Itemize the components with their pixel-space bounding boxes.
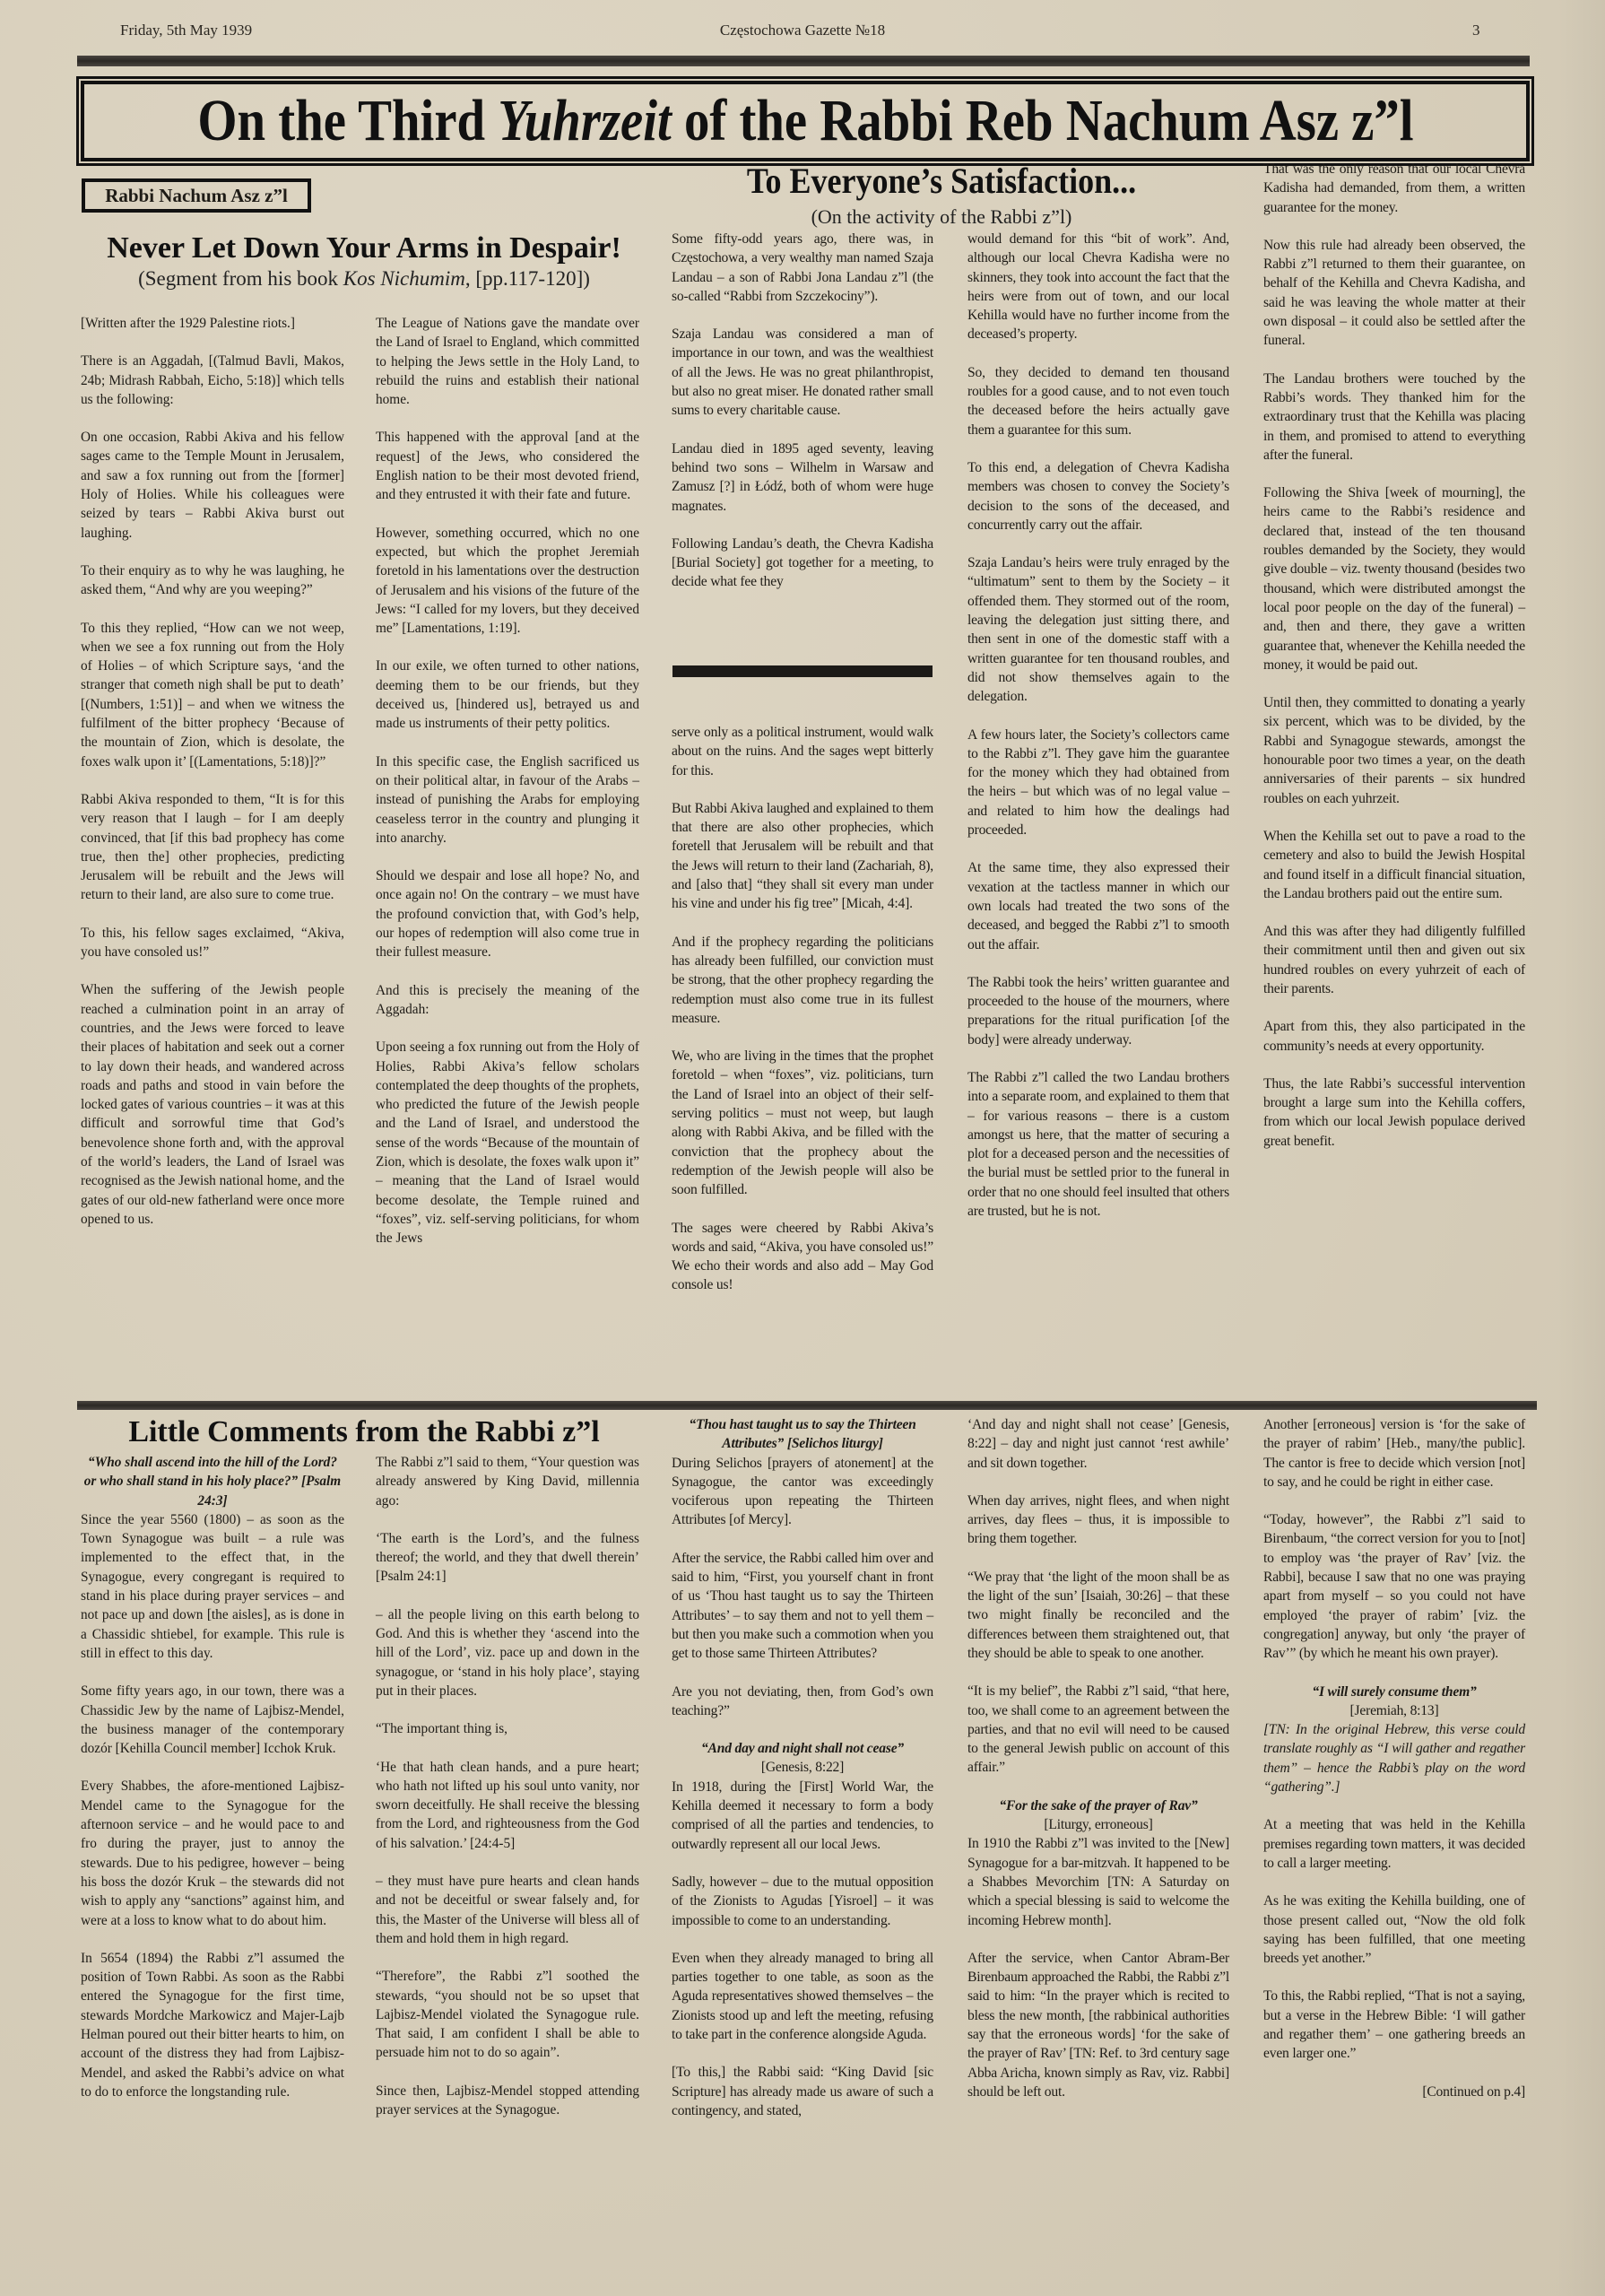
paragraph: In 1910 the Rabbi z”l was invited to the… xyxy=(967,1834,1229,1929)
article2-column-1: Some fifty-odd years ago, there was, in … xyxy=(672,230,933,611)
paragraph: Are you not deviating, then, from God’s … xyxy=(672,1683,933,1721)
paragraph: However, something occurred, which no on… xyxy=(376,524,639,639)
article3-column-1: “Who shall ascend into the hill of the L… xyxy=(81,1453,344,2120)
paragraph: To their enquiry as to why he was laughi… xyxy=(81,561,344,600)
paragraph: When the Kehilla set out to pave a road … xyxy=(1263,827,1525,903)
article1-column-2: The League of Nations gave the mandate o… xyxy=(376,314,639,1266)
article1-continued-column: serve only as a political instrument, wo… xyxy=(672,723,933,1314)
column-heading-ref: [Genesis, 8:22] xyxy=(672,1758,933,1777)
paragraph: Szaja Landau was considered a man of imp… xyxy=(672,325,933,420)
article3-column-3: “Thou hast taught us to say the Thirteen… xyxy=(672,1415,933,2139)
paragraph: “Therefore”, the Rabbi z”l soothed the s… xyxy=(376,1967,639,2062)
paragraph: The Rabbi z”l called the two Landau brot… xyxy=(967,1068,1229,1221)
paragraph: Another [erroneous] version is ‘for the … xyxy=(1263,1415,1525,1492)
paragraph: “The important thing is, xyxy=(376,1719,639,1738)
paragraph: Sadly, however – due to the mutual oppos… xyxy=(672,1873,933,1930)
paragraph: That was the only reason that our local … xyxy=(1263,160,1525,217)
paragraph: would demand for this “bit of work”. And… xyxy=(967,230,1229,344)
paragraph: The Rabbi z”l said to them, “Your questi… xyxy=(376,1453,639,1510)
paragraph: [Written after the 1929 Palestine riots.… xyxy=(81,314,344,333)
paragraph: Even when they already managed to bring … xyxy=(672,1949,933,2044)
masthead: Friday, 5th May 1939 Częstochowa Gazette… xyxy=(0,22,1605,41)
paragraph: Following Landau’s death, the Chevra Kad… xyxy=(672,535,933,592)
page-edge-shadow xyxy=(1557,0,1605,2296)
article1-subtitle: (Segment from his book Kos Nichumim, [pp… xyxy=(77,267,651,291)
column-heading-ref: [Liturgy, erroneous] xyxy=(967,1815,1229,1834)
paragraph: Apart from this, they also participated … xyxy=(1263,1017,1525,1056)
paragraph: And this is precisely the meaning of the… xyxy=(376,981,639,1020)
paragraph: Since the year 5560 (1800) – as soon as … xyxy=(81,1510,344,1663)
column-heading: “Thou hast taught us to say the Thirteen… xyxy=(672,1415,933,1454)
paragraph: Since then, Lajbisz-Mendel stopped atten… xyxy=(376,2082,639,2120)
paragraph: Following the Shiva [week of mourning], … xyxy=(1263,483,1525,674)
paragraph: “Today, however”, the Rabbi z”l said to … xyxy=(1263,1510,1525,1663)
column-heading-ref: [Jeremiah, 8:13] xyxy=(1263,1701,1525,1720)
paragraph: As he was exiting the Kehilla building, … xyxy=(1263,1892,1525,1968)
article2-column-3: That was the only reason that our local … xyxy=(1263,160,1525,1170)
paragraph: In 1918, during the [First] World War, t… xyxy=(672,1778,933,1854)
article2-column-2: would demand for this “bit of work”. And… xyxy=(967,230,1229,1239)
paragraph: To this end, a delegation of Chevra Kadi… xyxy=(967,458,1229,535)
gazette-name: Częstochowa Gazette №18 xyxy=(0,22,1605,39)
continued-note: [Continued on p.4] xyxy=(1263,2083,1525,2101)
paragraph: To this, his fellow sages exclaimed, “Ak… xyxy=(81,924,344,962)
paragraph: But Rabbi Akiva laughed and explained to… xyxy=(672,799,933,914)
paragraph: Thus, the late Rabbi’s successful interv… xyxy=(1263,1074,1525,1151)
paragraph: ‘He that hath clean hands, and a pure he… xyxy=(376,1758,639,1853)
paragraph: ‘And day and night shall not cease’ [Gen… xyxy=(967,1415,1229,1473)
column-heading: “Who shall ascend into the hill of the L… xyxy=(81,1453,344,1510)
paragraph: After the service, the Rabbi called him … xyxy=(672,1549,933,1664)
paragraph: Landau died in 1895 aged seventy, leavin… xyxy=(672,439,933,516)
paragraph: – they must have pure hearts and clean h… xyxy=(376,1872,639,1948)
paragraph: In our exile, we often turned to other n… xyxy=(376,657,639,733)
paragraph: Should we despair and lose all hope? No,… xyxy=(376,866,639,961)
paragraph: The sages were cheered by Rabbi Akiva’s … xyxy=(672,1219,933,1295)
paragraph: To this they replied, “How can we not we… xyxy=(81,619,344,771)
translator-note: [TN: In the original Hebrew, this verse … xyxy=(1263,1720,1525,1796)
paragraph: At a meeting that was held in the Kehill… xyxy=(1263,1815,1525,1873)
page-number: 3 xyxy=(1472,22,1480,39)
paragraph: – all the people living on this earth be… xyxy=(376,1605,639,1700)
column-heading: “For the sake of the prayer of Rav” xyxy=(967,1796,1229,1815)
main-headline-box: On the Third Yuhrzeit of the Rabbi Reb N… xyxy=(81,81,1530,161)
paragraph: On one occasion, Rabbi Akiva and his fel… xyxy=(81,428,344,543)
section-divider-rule xyxy=(77,1401,1537,1410)
paragraph: serve only as a political instrument, wo… xyxy=(672,723,933,780)
article1-title: Never Let Down Your Arms in Despair! xyxy=(77,231,651,265)
paragraph: Now this rule had already been observed,… xyxy=(1263,236,1525,351)
paragraph: Upon seeing a fox running out from the H… xyxy=(376,1038,639,1248)
main-headline: On the Third Yuhrzeit of the Rabbi Reb N… xyxy=(197,87,1413,155)
paragraph: Szaja Landau’s heirs were truly enraged … xyxy=(967,553,1229,706)
article3-column-4: ‘And day and night shall not cease’ [Gen… xyxy=(967,1415,1229,2120)
paragraph: At the same time, they also expressed th… xyxy=(967,858,1229,953)
article3-title: Little Comments from the Rabbi z”l xyxy=(77,1415,651,1449)
paragraph: [To this,] the Rabbi said: “King David [… xyxy=(672,2063,933,2120)
paragraph: This happened with the approval [and at … xyxy=(376,428,639,504)
column-heading: “I will surely consume them” xyxy=(1263,1683,1525,1701)
paragraph: “It is my belief”, the Rabbi z”l said, “… xyxy=(967,1682,1229,1777)
paragraph: The League of Nations gave the mandate o… xyxy=(376,314,639,409)
column-heading: “And day and night shall not cease” xyxy=(672,1739,933,1758)
paragraph: To this, the Rabbi replied, “That is not… xyxy=(1263,1987,1525,2063)
article2-title: To Everyone’s Satisfaction... xyxy=(691,160,1192,202)
paragraph: “We pray that ‘the light of the moon sha… xyxy=(967,1568,1229,1663)
column-break-bar xyxy=(672,665,933,677)
paragraph: And this was after they had diligently f… xyxy=(1263,922,1525,998)
paragraph: The Landau brothers were touched by the … xyxy=(1263,370,1525,465)
section-tag: Rabbi Nachum Asz z”l xyxy=(82,178,311,213)
paragraph: After the service, when Cantor Abram-Ber… xyxy=(967,1949,1229,2101)
paragraph: In this specific case, the English sacri… xyxy=(376,752,639,848)
paragraph: When the suffering of the Jewish people … xyxy=(81,980,344,1229)
paragraph: The Rabbi took the heirs’ written guaran… xyxy=(967,973,1229,1049)
article2-subtitle: (On the activity of the Rabbi z”l) xyxy=(664,205,1219,229)
paragraph: In 5654 (1894) the Rabbi z”l assumed the… xyxy=(81,1949,344,2101)
paragraph: ‘The earth is the Lord’s, and the fulnes… xyxy=(376,1529,639,1587)
paragraph: There is an Aggadah, [(Talmud Bavli, Mak… xyxy=(81,352,344,409)
top-divider-rule xyxy=(77,56,1530,66)
paragraph: Some fifty-odd years ago, there was, in … xyxy=(672,230,933,306)
article3-column-2: The Rabbi z”l said to them, “Your questi… xyxy=(376,1453,639,2138)
article1-column-1: [Written after the 1929 Palestine riots.… xyxy=(81,314,344,1248)
paragraph: When day arrives, night flees, and when … xyxy=(967,1492,1229,1549)
paragraph: Some fifty years ago, in our town, there… xyxy=(81,1682,344,1758)
article3-column-5: Another [erroneous] version is ‘for the … xyxy=(1263,1415,1525,2120)
paragraph: We, who are living in the times that the… xyxy=(672,1047,933,1199)
paragraph: Until then, they committed to donating a… xyxy=(1263,693,1525,808)
paragraph: A few hours later, the Society’s collect… xyxy=(967,726,1229,840)
paragraph: And if the prophecy regarding the politi… xyxy=(672,933,933,1028)
paragraph: During Selichos [prayers of atonement] a… xyxy=(672,1454,933,1530)
paragraph: So, they decided to demand ten thousand … xyxy=(967,363,1229,439)
paragraph: Every Shabbes, the afore-mentioned Lajbi… xyxy=(81,1777,344,1929)
paragraph: Rabbi Akiva responded to them, “It is fo… xyxy=(81,790,344,905)
